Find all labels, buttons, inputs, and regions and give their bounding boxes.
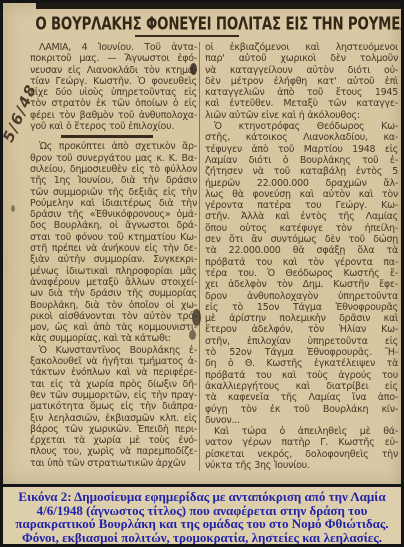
headline: Ο ΒΟΥΡΛΑΚΗΣ ΦΟΝΕΥΕΙ ΠΟΛΙΤΑΣ ΕΙΣ ΤΗΝ ΡΟΥΜ…	[3, 15, 401, 33]
article-line: ται ὑπὸ τῶν στρατιωτικῶν ἀρχῶν	[30, 458, 197, 469]
article-line: ται εἰς τὰ χωρία πρὸς δίωξιν δῆ-	[30, 379, 197, 390]
article-line: τὸ 52ον Τάγμα Ἐθνοφρουρᾶς. Ἤ-	[205, 347, 398, 358]
article-line: ἡμερῶν 22.000.000 δραχμῶν ἄλ-	[205, 178, 398, 189]
article-line: τὰ 22.000.000 θὰ σφάξῃ ὅλα τὰ	[205, 245, 398, 256]
article-line: Καὶ τώρα ὁ ἀπειληθεὶς μὲ θά-	[205, 426, 398, 437]
article-line: νευσαν εἰς Λιανοκλάδι τὸν κτημα-	[30, 65, 197, 76]
article-line: Λαμίαν διότι ὁ Βουρλάκης τοῦ ἐ-	[205, 155, 398, 166]
article-line: στῆ πρέπει νὰ ἀνήκουν εἰς τὴν δε-	[30, 243, 197, 254]
article-line: πλους του, χωρὶς νὰ παρεμποδίζε-	[30, 446, 197, 457]
article-line: θρον τοῦ συνεργάτου μας κ. Κ. Βα-	[30, 153, 197, 164]
article-line: ἀκαλλιεργήτους καὶ διατρίβει εἰς	[205, 381, 398, 392]
article-line: τάκτων ἐνόπλων καὶ νὰ περιφέρε-	[30, 367, 197, 378]
article-line: στῆν. Ἀλλὰ καὶ ἐντὸς τῆς Λαμίας	[205, 211, 398, 222]
article-line: ρικοὶ αἰσθάνονται τὸν αὐτὸν τρό-	[30, 311, 197, 322]
article-line: νύκτα τῆς 3ης Ἰουνίου.	[205, 460, 398, 471]
article-line: Ὁ κτηνοτρόφας Θεόδωρος Κω-	[205, 121, 398, 132]
article-line: δος Βουρλάκη, οἱ ἄγνωστοι δρά-	[30, 220, 197, 231]
article-line: ρίσκεται νεκρός, δολοφονηθεὶς τὴν	[205, 449, 398, 460]
article-line: στῆν, ἐπιλοχίαν ὑπηρετοῦντα εἰς	[205, 336, 398, 347]
article-line: ων διὰ τὴν δράσιν τῆς συμμορίας	[30, 288, 197, 299]
ink-smudge	[192, 309, 201, 326]
figure-caption: Εικόνα 2: Δημοσίευμα εφημερίδας με ανταπ…	[3, 484, 401, 547]
article-line: ξιν λεηλασιῶν, ἐκβιασμῶν κλπ. εἰς	[30, 413, 197, 424]
article-line: Ὁ Κωνσταντῖνος Βουρλάκης ἐ-	[30, 345, 197, 356]
article-line: τὸν στρατὸν ἐκ τῶν ὁποίων ὁ εἷς	[30, 98, 197, 109]
article-line: βάρος τῶν χωρικῶν. Ἐπειδὴ περι-	[30, 424, 197, 435]
article-line: καταγγελιῶν ἀπὸ τοῦ ἔτους 1945	[205, 87, 398, 98]
article-line: τέφυγεν ἀπὸ τοῦ Μαρτίου 1948 εἰς	[205, 144, 398, 155]
article-line: τῆς 1ης Ἰουνίου, διὰ τὴν δράσιν	[30, 175, 197, 186]
article-line: εἶχε δύο υἱοὺς ὑπηρετοῦντας εἰς	[30, 87, 197, 98]
article-line: ὅπου οὗτος κατέφυγε τὸν ἠπείλη-	[205, 223, 398, 234]
caption-text: Εικόνα 2: Δημοσίευμα εφημερίδας με ανταπ…	[9, 490, 395, 544]
article-line: μον, ὡς καὶ ἀπὸ τὰς κομμουνιστι-	[30, 322, 197, 333]
article-line: Ὡς προκύπτει ἀπὸ σχετικὸν ἄρ-	[30, 141, 197, 152]
article-line: ζήτησεν νὰ τοῦ καταβάλῃ ἐντὸς 5	[205, 166, 398, 177]
article-columns: 5/6/48 ΛΑΜΙΑ, 4 Ἰουνίου. Τοῦ ἀντα-ποκριτ…	[3, 42, 401, 471]
paragraph-divider-rule	[61, 135, 153, 138]
article-line: στῆς, κάτοικος Λιανοκλαδίου, κα-	[205, 132, 398, 143]
article-line: οἱ ἐκβιαζόμενοι καὶ ληστευόμενοι	[205, 42, 398, 53]
ink-smudge	[11, 205, 15, 212]
article-line: πρόβατά του καὶ τὸν γέροντα πα-	[205, 257, 398, 268]
article-line: Ρούμελην καὶ ἰδιαιτέρως διὰ τὴν	[30, 198, 197, 209]
article-line: νατον γέρων πατὴρ Γ. Κωστῆς εὑ-	[205, 437, 398, 448]
article-line: έρχεται τὰ χωρία μὲ τοὺς ἐνό-	[30, 435, 197, 446]
article-line: ἕτερον ἀδελφόν, τὸν Ἠλίαν Κω-	[205, 324, 398, 335]
article-line: γέροντα πατέρα του Γεώργ. Κω-	[205, 200, 398, 211]
figure-frame: Ο ΒΟΥΡΛΑΚΗΣ ΦΟΝΕΥΕΙ ΠΟΛΙΤΑΣ ΕΙΣ ΤΗΝ ΡΟΥΜ…	[0, 0, 404, 547]
article-line: δη ὁ Θ. Κωστῆς ἐγκατέλειψεν τὰ	[205, 358, 398, 369]
article-line: σται τοῦ φόνου τοῦ κτηματίου Κω-	[30, 232, 197, 243]
headline-text: Ο ΒΟΥΡΛΑΚΗΣ ΦΟΝΕΥΕΙ ΠΟΛΙΤΑΣ ΕΙΣ ΤΗΝ ΡΟΥΜ…	[35, 14, 401, 34]
article-line: φέρει τὸν βαθμὸν τοῦ ἀνθυπολοχα-	[30, 110, 197, 121]
article-line: νὰ καταγγείλουν αὐτὸν διότι οὐ-	[205, 65, 398, 76]
article-line: δράσιν τῆς «Ἐθνικόφρονους» ὁμά-	[30, 209, 197, 220]
article-line: τέρα του. Ὁ Θεόδωρος Κωστῆς ἔ-	[205, 268, 398, 279]
article-line: δυνον...	[205, 415, 398, 426]
article-line: πρόβατά του καὶ τοὺς ἀγρούς του	[205, 370, 398, 381]
page-margin: 5/6/48	[3, 42, 30, 471]
article-line: ἀναφέρουν μεταξὺ ἄλλων στοιχεί-	[30, 277, 197, 288]
article-line: σεν ὅτι ἂν συντόμως δὲν τοῦ δώσῃ	[205, 234, 398, 245]
article-line: ΛΑΜΙΑ, 4 Ἰουνίου. Τοῦ ἀντα-	[30, 42, 197, 53]
article-line: τῶν συμμοριῶν τῆς δεξιᾶς εἰς τὴν	[30, 187, 197, 198]
article-line: Βουρλάκη, διὰ τὸν ὁποῖον οἱ χω-	[30, 300, 197, 311]
article-line: φύγῃ τὸν ἐκ τοῦ Βουρλάκη κίν-	[205, 404, 398, 415]
article-line: λιῶν αὐτῶν εἶνε καὶ ἡ ἀκόλουθος:	[205, 110, 398, 121]
article-line: μὲ ἀρίστην πολεμικὴν δρᾶσιν καὶ	[205, 313, 398, 324]
article-line: παρ' αὐτοῦ χωρικοὶ δὲν τολμοῦν	[205, 53, 398, 64]
ink-smudge	[189, 330, 196, 340]
article-line: μένως ἰδιωτικαὶ πληροφορίαι μᾶς	[30, 266, 197, 277]
article-line: ξιὰν αὐτὴν συμμορίαν. Συγκεκρι-	[30, 254, 197, 265]
article-column-right: οἱ ἐκβιαζόμενοι καὶ ληστευόμενοιπαρ' αὐτ…	[199, 42, 398, 471]
article-line: λως θὰ φονεύσῃ καὶ αὐτὸν καὶ τὸν	[205, 189, 398, 200]
scan-top-bar	[36, 3, 401, 9]
article-line: θεν τῶν συμμοριτῶν, εἰς τὴν πραγ-	[30, 390, 197, 401]
article-line: καὶ ἐντεῦθεν. Μεταξὺ τῶν καταγγε-	[205, 98, 398, 109]
article-line: ποκριτοῦ μας. — Ἄγνωστοι ἐφό-	[30, 53, 197, 64]
article-line: γοῦ καὶ ὁ ἕτερος τοῦ ἐπιλοχίου.	[30, 121, 197, 132]
article-line: χει ἀδελφὸν τὸν Δημ. Κωστῆν ἔφε-	[205, 279, 398, 290]
newspaper-clipping: Ο ΒΟΥΡΛΑΚΗΣ ΦΟΝΕΥΕΙ ΠΟΛΙΤΑΣ ΕΙΣ ΤΗΝ ΡΟΥΜ…	[3, 3, 401, 484]
article-line: κὰς συμμορίας, καὶ τὰ κάτωθι:	[30, 333, 197, 344]
article-line: ξακολουθεῖ νὰ ἡγῆται τμήματος ἀ-	[30, 356, 197, 367]
article-line: σιλείου, δημοσιευθὲν εἰς τὸ φύλλον	[30, 164, 197, 175]
article-line: τίαν Γεώργ. Κωστῆν. Ὁ φονευθεὶς	[30, 76, 197, 87]
article-line: δρον ἀνθυπολοχαγὸν ὑπηρετοῦντα	[205, 291, 398, 302]
article-line: δὲν μέτρον ἐλήφθη κατ' αὐτοῦ ἐπὶ	[205, 76, 398, 87]
article-line: εἰς τὸ 15ον Τάγμα Ἐθνοφρουρᾶς	[205, 302, 398, 313]
headline-underline	[135, 35, 239, 37]
ink-smudge	[190, 63, 197, 75]
article-line: ματικότητα ὅμως εἰς τὴν διάπρα-	[30, 401, 197, 412]
article-line: τὰ καφενεῖα τῆς Λαμίας ἵνα ἀπο-	[205, 392, 398, 403]
article-column-left: ΛΑΜΙΑ, 4 Ἰουνίου. Τοῦ ἀντα-ποκριτοῦ μας.…	[30, 42, 197, 471]
